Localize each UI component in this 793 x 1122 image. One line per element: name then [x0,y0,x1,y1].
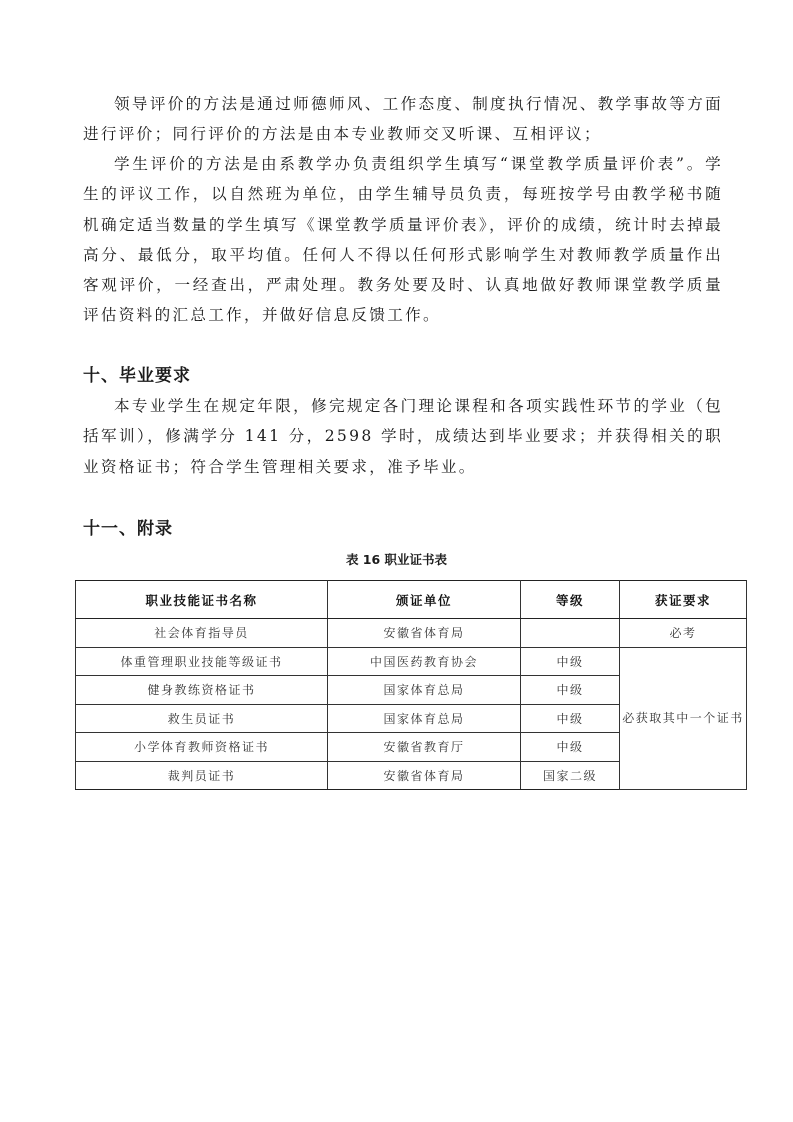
section-heading-appendix: 十一、附录 [83,514,173,539]
student-evaluation-paragraph: 学生评价的方法是由系教学办负责组织学生填写“课堂教学质量评价表”。学生的评议工作… [83,149,723,331]
table-row: 社会体育指导员 安徽省体育局 必考 [76,619,747,648]
table-caption: 表 16 职业证书表 [0,550,793,568]
certificate-table: 职业技能证书名称 颁证单位 等级 获证要求 社会体育指导员 安徽省体育局 必考 … [75,580,747,790]
section-heading-graduation-requirements: 十、毕业要求 [83,361,191,386]
issuer: 安徽省体育局 [328,761,521,790]
column-header-issuer: 颁证单位 [328,581,521,619]
column-header-certificate-name: 职业技能证书名称 [76,581,328,619]
table-header-row: 职业技能证书名称 颁证单位 等级 获证要求 [76,581,747,619]
level: 中级 [521,676,620,705]
requirement: 必考 [620,619,747,648]
certificate-name: 裁判员证书 [76,761,328,790]
certificate-name: 体重管理职业技能等级证书 [76,647,328,676]
level: 国家二级 [521,761,620,790]
issuer: 国家体育总局 [328,676,521,705]
issuer: 安徽省教育厅 [328,733,521,762]
certificate-name: 健身教练资格证书 [76,676,328,705]
graduation-requirements-paragraph: 本专业学生在规定年限，修完规定各门理论课程和各项实践性环节的学业（包括军训），修… [83,391,723,482]
column-header-requirement: 获证要求 [620,581,747,619]
level: 中级 [521,647,620,676]
issuer: 中国医药教育协会 [328,647,521,676]
evaluation-methods-paragraph: 领导评价的方法是通过师德师风、工作态度、制度执行情况、教学事故等方面进行评价；同… [83,89,723,150]
table-row: 体重管理职业技能等级证书 中国医药教育协会 中级 必获取其中一个证书 [76,647,747,676]
certificate-name: 社会体育指导员 [76,619,328,648]
document-page: 领导评价的方法是通过师德师风、工作态度、制度执行情况、教学事故等方面进行评价；同… [0,0,793,1122]
level: 中级 [521,704,620,733]
certificate-name: 救生员证书 [76,704,328,733]
certificate-name: 小学体育教师资格证书 [76,733,328,762]
level: 中级 [521,733,620,762]
level [521,619,620,648]
requirement-merged: 必获取其中一个证书 [620,647,747,790]
column-header-level: 等级 [521,581,620,619]
issuer: 国家体育总局 [328,704,521,733]
issuer: 安徽省体育局 [328,619,521,648]
